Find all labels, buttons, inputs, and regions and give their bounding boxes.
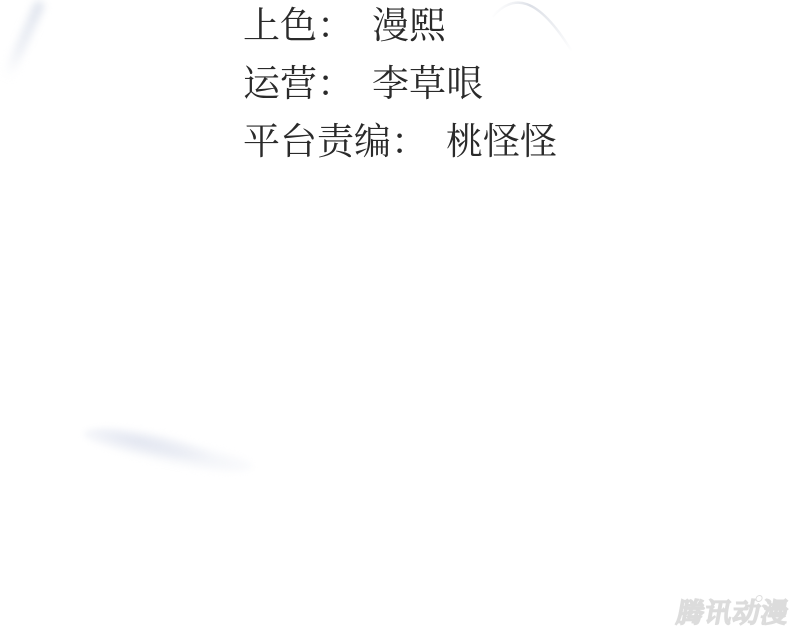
watermark-text: 腾讯动漫 [674,598,791,628]
credits-list: 上色：漫熙 运营：李草哏 平台责编：桃怪怪 [243,0,557,171]
credit-line-operations: 运营：李草哏 [243,55,557,113]
ink-smudge-midleft [81,418,256,482]
credit-role-label: 运营： [243,63,354,104]
credit-role-label: 平台责编： [243,121,428,162]
credit-person-name: 李草哏 [372,63,483,104]
credit-line-platform-editor: 平台责编：桃怪怪 [243,113,557,171]
credit-role-label: 上色： [243,5,354,46]
credit-person-name: 桃怪怪 [446,121,557,162]
ink-streak-topleft [0,0,46,84]
tencent-comics-watermark: 腾讯动漫 [674,598,791,628]
credit-line-coloring: 上色：漫熙 [243,0,557,55]
credit-person-name: 漫熙 [372,5,446,46]
comic-credits-page: 上色：漫熙 运营：李草哏 平台责编：桃怪怪 腾讯动漫 [0,0,800,637]
